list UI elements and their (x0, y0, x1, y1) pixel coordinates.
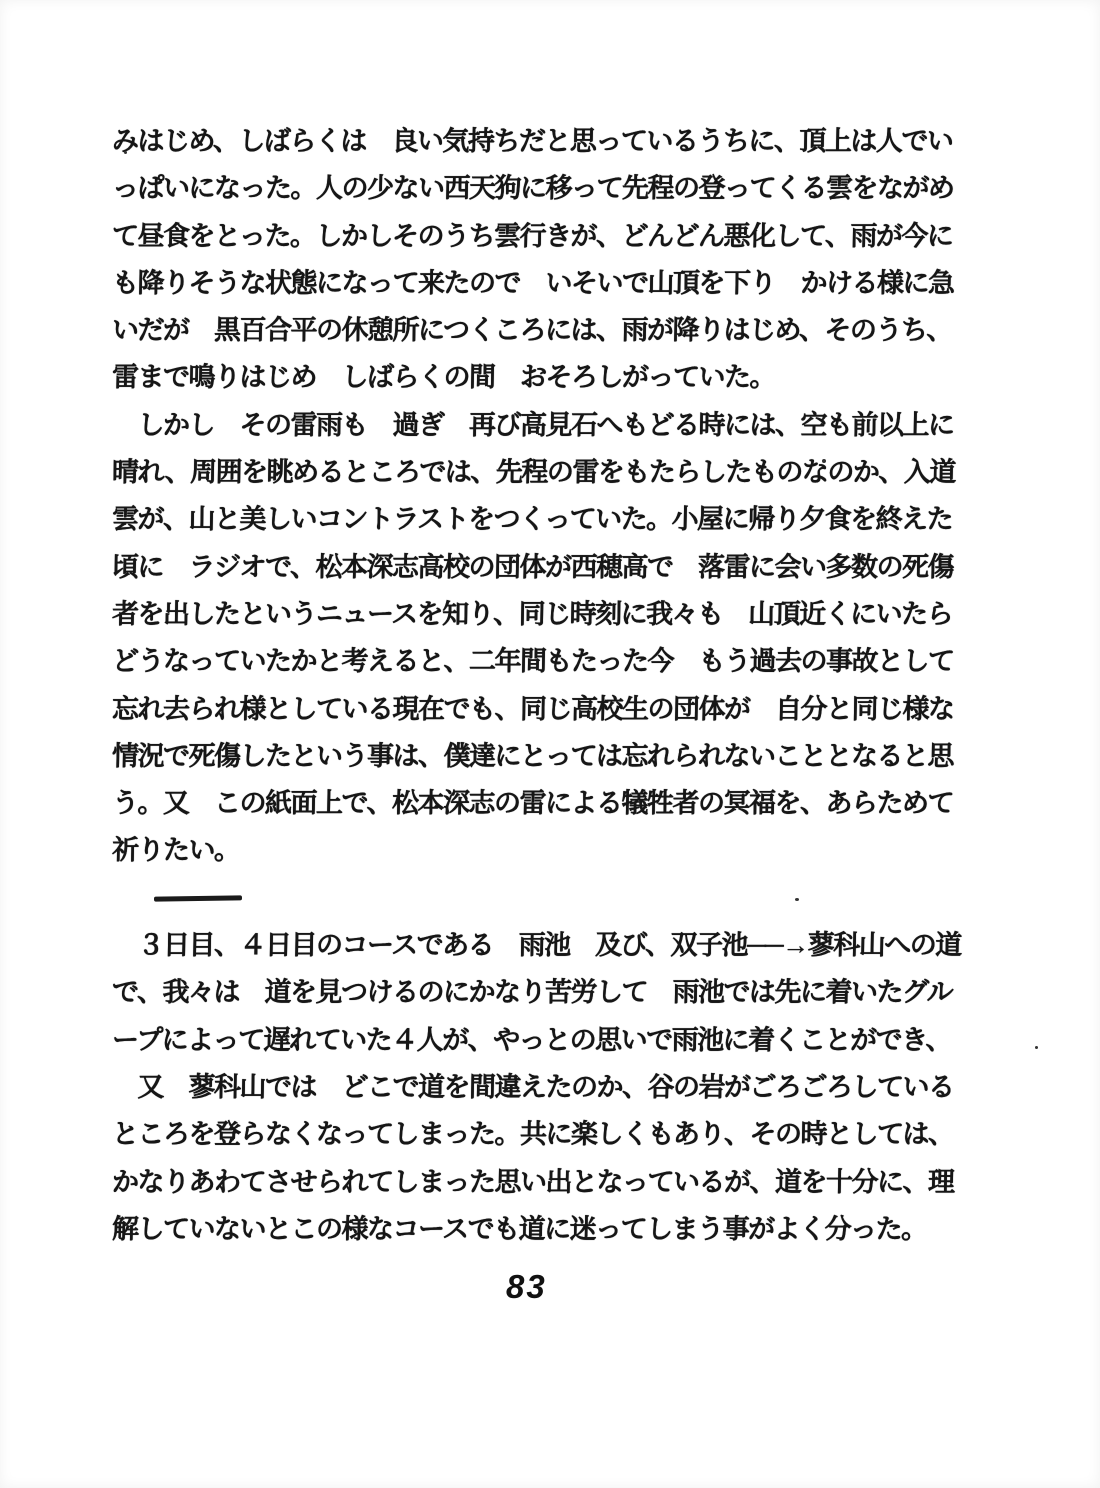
page-number: 83 (506, 1268, 547, 1306)
text-line: て昼食をとった。しかしそのうち雲行きが、どんどん悪化して、雨が今に (112, 213, 973, 260)
text-line: 祈りたい。 (112, 827, 973, 874)
text-line: 者を出したというニュースを知り、同じ時刻に我々も 山頂近くにいたら (112, 591, 973, 638)
section-divider-slot (112, 875, 972, 922)
text-line: 又 蓼科山では どこで道を間違えたのか、谷の岩がごろごろしている (112, 1064, 973, 1111)
text-line: いだが 黒百合平の休憩所につくころには、雨が降りはじめ、そのうち、 (112, 307, 973, 354)
scan-speck (1035, 1046, 1038, 1049)
text-line: ところを登らなくなってしまった。共に楽しくもあり、その時としては、 (112, 1111, 973, 1158)
scan-speck (822, 459, 826, 463)
text-line: も降りそうな状態になって来たので いそいで山頂を下り かける様に急 (112, 260, 973, 307)
section-divider (154, 895, 242, 901)
text-line: 忘れ去られ様としている現在でも、同じ高校生の団体が 自分と同じ様な (112, 686, 973, 733)
text-line: う。又 この紙面上で、松本深志の雷による犠牲者の冥福を、あらためて (112, 780, 973, 827)
text-line: ３日目、４日目のコースである 雨池 及び、双子池──→蓼科山への道 (112, 922, 973, 969)
text-line: かなりあわてさせられてしまった思い出となっているが、道を十分に、理 (112, 1159, 973, 1206)
text-line: っぱいになった。人の少ない西天狗に移って先程の登ってくる雲をながめ (112, 165, 973, 212)
text-line: 雲が、山と美しいコントラストをつくっていた。小屋に帰り夕食を終えた (112, 496, 973, 543)
text-line: しかし その雷雨も 過ぎ 再び高見石へもどる時には、空も前以上に (112, 402, 973, 449)
text-line: で、我々は 道を見つけるのにかなり苦労して 雨池では先に着いたグル (112, 969, 973, 1016)
text-line: 晴れ、周囲を眺めるところでは、先程の雷をもたらしたものなのか、入道 (112, 449, 973, 496)
scan-speck (795, 898, 799, 901)
scanned-document-page: みはじめ、しばらくは 良い気持ちだと思っているうちに、頂上は人でいっぱいになった… (0, 0, 1100, 1488)
handwritten-text: みはじめ、しばらくは 良い気持ちだと思っているうちに、頂上は人でいっぱいになった… (112, 118, 972, 1253)
scan-speck (124, 151, 127, 154)
text-line: 解していないとこの様なコースでも道に迷ってしまう事がよく分った。 (112, 1206, 973, 1253)
text-line: みはじめ、しばらくは 良い気持ちだと思っているうちに、頂上は人でい (112, 118, 973, 165)
text-line: どうなっていたかと考えると、二年間もたった今 もう過去の事故として (112, 638, 973, 685)
text-line: 情況で死傷したという事は、僕達にとっては忘れられないこととなると思 (112, 733, 973, 780)
text-line: 雷まで鳴りはじめ しばらくの間 おそろしがっていた。 (112, 354, 973, 401)
text-line: ープによって遅れていた４人が、やっとの思いで雨池に着くことができ、 (112, 1017, 973, 1064)
text-line: 頃に ラジオで、松本深志高校の団体が西穂高で 落雷に会い多数の死傷 (112, 544, 973, 591)
